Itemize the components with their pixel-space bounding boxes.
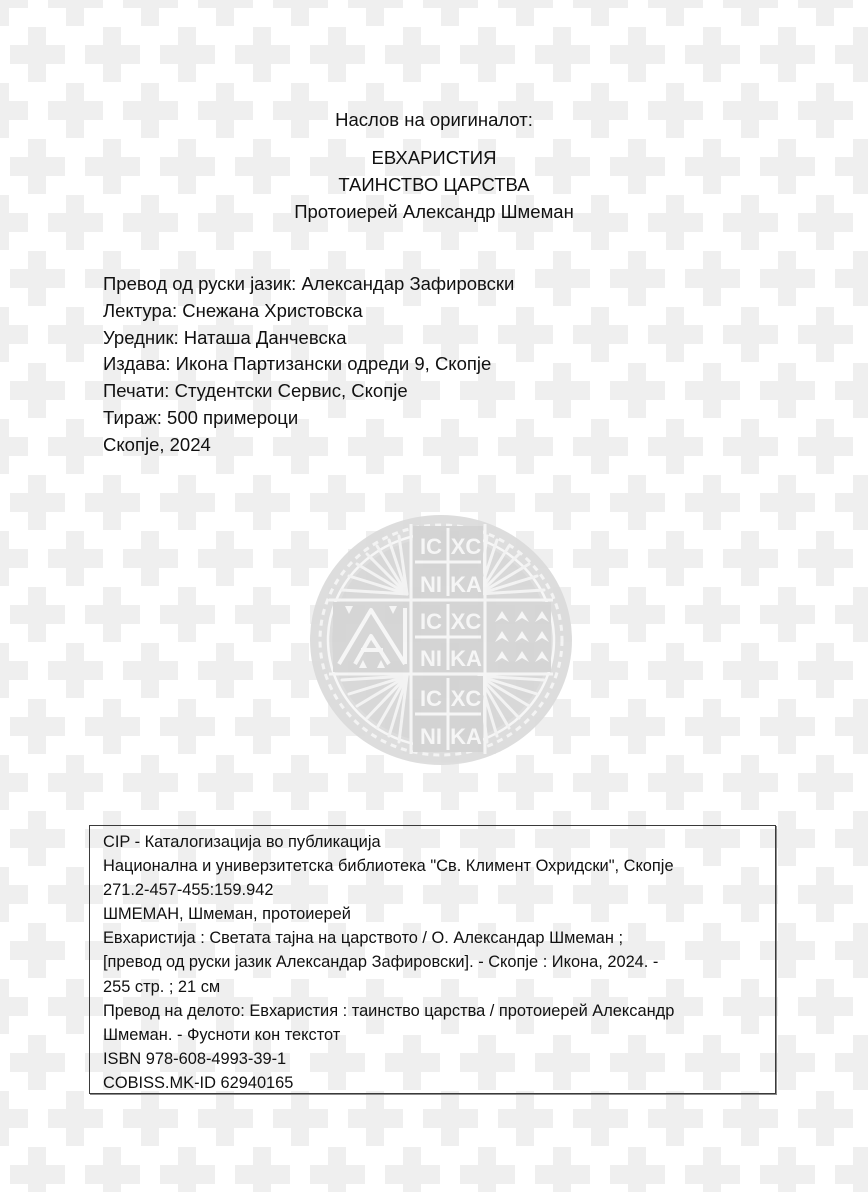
credit-translation: Превод од руски јазик: Александар Зафиро… — [103, 271, 514, 298]
cip-isbn: ISBN 978-608-4993-39-1 — [103, 1047, 775, 1071]
original-author: Протоиерей Александр Шмеман — [0, 198, 868, 225]
original-title-block: ЕВХАРИСТИЯ ТАИНСТВО ЦАРСТВА Протоиерей А… — [0, 144, 868, 225]
cip-line: Национална и универзитетска библиотека "… — [103, 854, 775, 878]
credit-editor: Уредник: Наташа Данчевска — [103, 325, 514, 352]
cip-line: Евхаристија : Светата тајна на царството… — [103, 926, 775, 950]
cip-line: ШМЕМАН, Шмеман, протоиерей — [103, 902, 775, 926]
credit-publisher: Издава: Икона Партизански одреди 9, Скоп… — [103, 351, 514, 378]
cip-cobiss-id: COBISS.MK-ID 62940165 — [103, 1071, 775, 1095]
original-title-line-1: ЕВХАРИСТИЯ — [0, 144, 868, 171]
cip-line: Шмеман. - Фусноти кон текстот — [103, 1023, 775, 1047]
cip-line: CIP - Каталогизација во публикација — [103, 830, 775, 854]
original-title-label: Наслов на оригиналот: — [0, 108, 868, 132]
imprint-page: Наслов на оригиналот: ЕВХАРИСТИЯ ТАИНСТВ… — [0, 0, 868, 1192]
credit-proofreading: Лектура: Снежана Христовска — [103, 298, 514, 325]
cip-record-box: CIP - Каталогизација во публикација Наци… — [89, 825, 776, 1094]
cip-line: Превод на делото: Евхаристия : таинство … — [103, 999, 775, 1023]
cip-line: 255 стр. ; 21 см — [103, 975, 775, 999]
cip-line: [превод од руски јазик Александар Зафиро… — [103, 950, 775, 974]
credit-place-year: Скопје, 2024 — [103, 432, 514, 459]
credit-print-run: Тираж: 500 примероци — [103, 405, 514, 432]
original-title-line-2: ТАИНСТВО ЦАРСТВА — [0, 171, 868, 198]
cip-line: 271.2-457-455:159.942 — [103, 878, 775, 902]
credits-list: Превод од руски јазик: Александар Зафиро… — [103, 271, 514, 459]
credit-printer: Печати: Студентски Сервис, Скопје — [103, 378, 514, 405]
